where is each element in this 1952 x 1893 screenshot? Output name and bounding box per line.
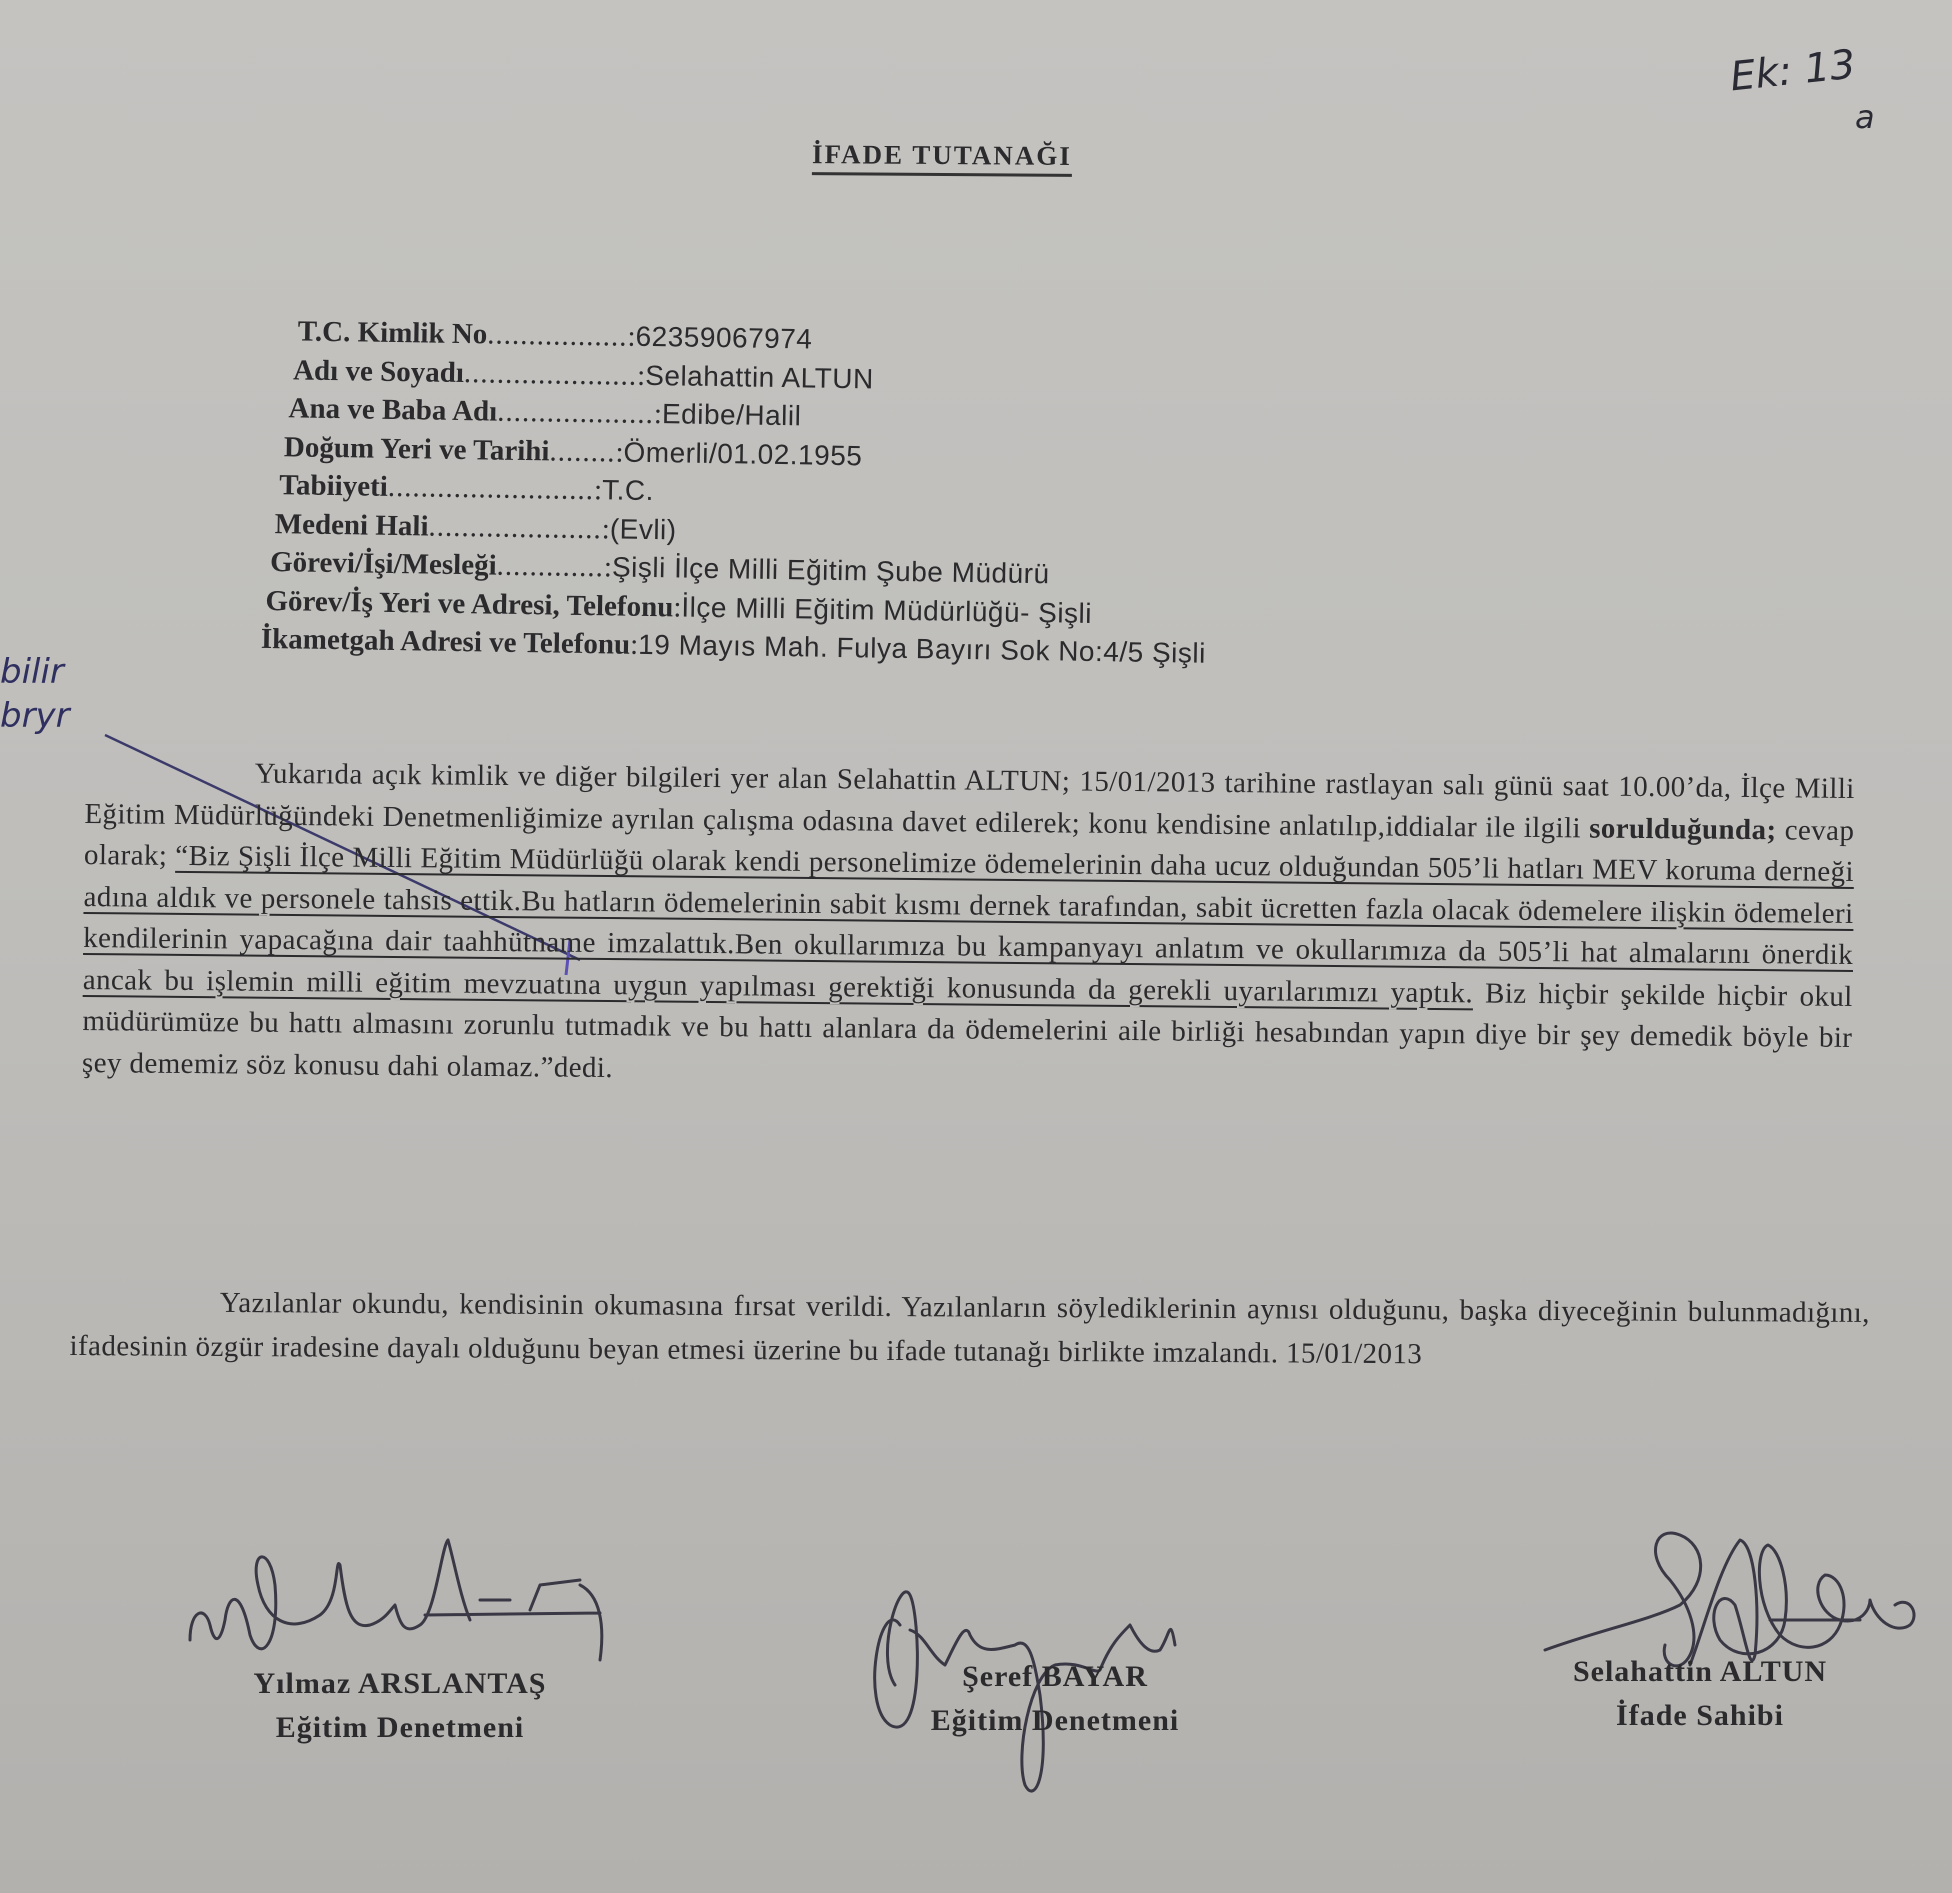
signatory-name: Yılmaz ARSLANTAŞ <box>170 1662 630 1706</box>
handwritten-annotation-sub: a <box>1855 98 1875 136</box>
signature-block-inspector-1: Yılmaz ARSLANTAŞ Eğitim Denetmeni <box>170 1662 630 1750</box>
signatory-name: Şeref BAYAR <box>860 1655 1250 1699</box>
signature-block-declarant: Selahattin ALTUN İfade Sahibi <box>1500 1650 1900 1738</box>
field-value: Ömerli/01.02.1955 <box>623 436 862 472</box>
closing-paragraph: Yazılanlar okundu, kendisinin okumasına … <box>69 1280 1870 1379</box>
document-page: Ek: 13 a İFADE TUTANAĞI T.C. Kimlik No .… <box>0 0 1952 1893</box>
signatory-role: İfade Sahibi <box>1500 1694 1900 1738</box>
field-value: 62359067974 <box>635 321 812 356</box>
field-value: (Evli) <box>610 513 677 546</box>
field-value: T.C. <box>602 474 654 507</box>
field-value: Selahattin ALTUN <box>645 359 874 395</box>
field-value: Edibe/Halil <box>662 398 802 432</box>
signature-scribble-1 <box>180 1525 620 1665</box>
document-title: İFADE TUTANAĞI <box>812 139 1072 177</box>
signature-block-inspector-2: Şeref BAYAR Eğitim Denetmeni <box>860 1655 1250 1743</box>
handwritten-margin-note: bilir bryr <box>0 650 120 738</box>
signatory-name: Selahattin ALTUN <box>1500 1650 1900 1694</box>
handwritten-annotation: Ek: 13 <box>1728 42 1858 101</box>
signatory-role: Eğitim Denetmeni <box>170 1706 630 1750</box>
field-value: İlçe Milli Eğitim Müdürlüğü- Şişli <box>681 591 1092 629</box>
statement-paragraph: Yukarıda açık kimlik ve diğer bilgileri … <box>82 752 1855 1101</box>
identity-fields: T.C. Kimlik No .................:6235906… <box>265 315 1590 682</box>
signatory-role: Eğitim Denetmeni <box>860 1699 1250 1743</box>
field-value: Şişli İlçe Milli Eğitim Şube Müdürü <box>612 551 1050 590</box>
